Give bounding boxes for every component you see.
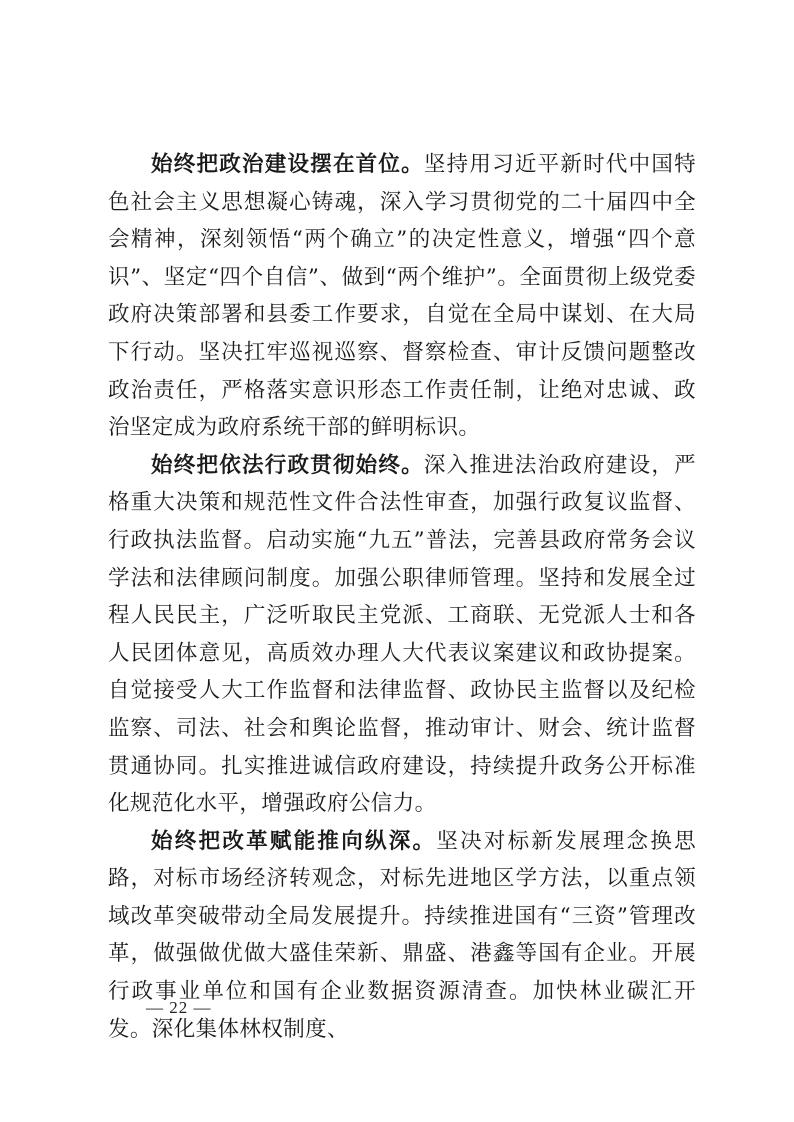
paragraph-heading: 始终把政治建设摆在首位。 — [151, 152, 424, 177]
paragraph-rule-of-law: 始终把依法行政贯彻始终。深入推进法治政府建设，严格重大决策和规范性文件合法性审查… — [108, 447, 696, 823]
page-number: — 22 — — [146, 998, 212, 1018]
paragraph-body: 坚持用习近平新时代中国特色社会主义思想凝心铸魂，深入学习贯彻党的二十届四中全会精… — [108, 152, 696, 440]
document-page: 始终把政治建设摆在首位。坚持用习近平新时代中国特色社会主义思想凝心铸魂，深入学习… — [0, 0, 794, 1122]
paragraph-heading: 始终把改革赋能推向纵深。 — [151, 829, 436, 854]
paragraph-body: 深入推进法治政府建设，严格重大决策和规范性文件合法性审查，加强行政复议监督、行政… — [108, 453, 696, 816]
paragraph-political-construction: 始终把政治建设摆在首位。坚持用习近平新时代中国特色社会主义思想凝心铸魂，深入学习… — [108, 146, 696, 447]
paragraph-heading: 始终把依法行政贯彻始终。 — [151, 453, 424, 478]
body-text: 始终把政治建设摆在首位。坚持用习近平新时代中国特色社会主义思想凝心铸魂，深入学习… — [108, 146, 696, 1048]
